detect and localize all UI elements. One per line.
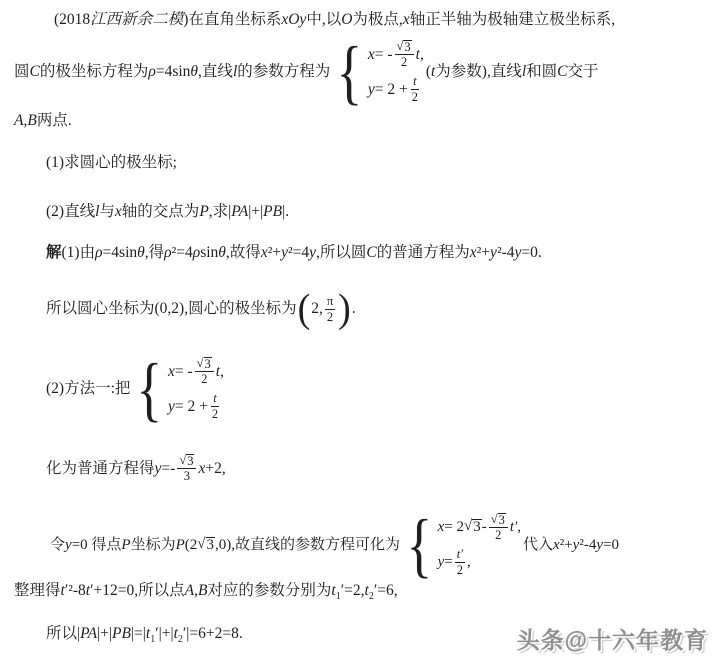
text-run: ²=4: [172, 243, 193, 262]
text-run: =0 得点: [72, 536, 122, 555]
text-run: P: [121, 536, 130, 555]
text-run: ,: [420, 45, 424, 64]
radical-sign: √: [464, 519, 472, 535]
text-run: t′: [510, 518, 517, 537]
radical-body: 3: [204, 357, 212, 371]
fraction-denominator: 2: [455, 563, 465, 577]
fraction: √32: [395, 40, 414, 70]
radical-body: 3: [403, 40, 411, 54]
fraction-numerator: t: [411, 74, 418, 89]
system-equation-line: y = 2 + t2: [168, 391, 224, 421]
text-run: x: [168, 362, 175, 381]
text-run: = -: [375, 45, 393, 64]
text-run: A: [14, 111, 23, 130]
question-2: (2)直线 l 与 x 轴的交点为 P,求|PA|+|PB|.: [46, 202, 289, 221]
text-run: θ: [218, 243, 226, 262]
text-run: ′|+|: [155, 624, 173, 643]
text-run: θ: [137, 243, 145, 262]
radical: √3: [464, 519, 482, 536]
question-1: (1)求圆心的极坐标;: [46, 153, 177, 172]
problem-statement-line-3: A,B 两点.: [14, 111, 72, 130]
text-run: =0: [603, 536, 619, 555]
text-run: (1)由: [62, 243, 96, 262]
text-run: 的参数方程为: [237, 62, 330, 81]
text-run: B: [198, 581, 207, 600]
text-run: ²-4: [579, 536, 596, 555]
fraction-numerator: √3: [489, 513, 508, 528]
text-run: (1)求圆心的极坐标;: [46, 153, 177, 172]
fraction-denominator: 2: [493, 528, 503, 542]
text-run: y: [438, 553, 445, 572]
text-run: 2: [178, 634, 183, 647]
fraction-denominator: 2: [325, 310, 335, 324]
system-equation-line: y = t′2,: [438, 547, 521, 577]
text-run: y: [573, 536, 580, 555]
text-run: y: [490, 243, 497, 262]
radical-sign: √: [397, 40, 404, 53]
text-run: 圆: [14, 62, 30, 81]
radical-sign: √: [197, 537, 205, 553]
radical-body: 3: [498, 513, 506, 527]
radical: √3: [197, 357, 212, 371]
text-run: B: [27, 111, 36, 130]
text-run: y: [368, 80, 375, 99]
radical: √3: [197, 537, 215, 554]
text-run: x: [261, 243, 268, 262]
text-run: 2: [369, 591, 374, 604]
system-equation-line: x = -√32t,: [368, 40, 424, 70]
text-run: (2)直线: [46, 202, 95, 221]
text-run: -: [482, 518, 487, 537]
fraction: √32: [195, 357, 214, 387]
text-run: 轴正半轴为极轴建立极坐标系,: [410, 10, 615, 29]
text-run: y: [281, 243, 288, 262]
text-run: PA: [231, 202, 248, 221]
text-run: C: [557, 62, 567, 81]
text-run: 为极点,: [352, 10, 402, 29]
watermark: 头条@十六年教育: [517, 622, 708, 655]
problem-statement-line-2: 圆 C 的极坐标方程为ρ=4sin θ,直线 l 的参数方程为{x = -√32…: [14, 38, 599, 106]
text-run: ′+12=0,所以点: [90, 581, 185, 600]
text-run: |.: [282, 202, 289, 221]
text-run: 2,: [311, 299, 323, 318]
fraction-denominator: 2: [210, 407, 220, 421]
radical-sign: √: [179, 454, 186, 467]
text-run: PB: [112, 624, 131, 643]
text-run: = 2 +: [375, 80, 408, 99]
text-run: 整理得: [14, 581, 61, 600]
text-run: 化为普通方程得: [46, 459, 155, 478]
text-run: C: [30, 62, 40, 81]
text-run: x: [470, 243, 477, 262]
text-run: y: [596, 536, 603, 555]
text-run: 对应的参数分别为: [207, 581, 331, 600]
text-run: ²+: [560, 536, 573, 555]
solution-step-4: 化为普通方程得 y=-√33x+2,: [46, 448, 226, 490]
fraction: t′2: [455, 547, 465, 577]
text-run: (2: [185, 536, 198, 555]
text-run: =0.: [521, 243, 541, 262]
text-run: x: [403, 10, 410, 29]
math-solution-document: (2018 江西新余二模)在直角坐标系 xOy 中,以 O 为极点,x 轴正半轴…: [0, 0, 716, 662]
text-run: = 2: [444, 518, 464, 537]
solution-step-5: 令 y=0 得点 P 坐标为 P(2√3,0),故直线的参数方程可化为{x = …: [50, 508, 619, 582]
fraction-numerator: √3: [177, 454, 196, 469]
text-run: 的普通方程为: [377, 243, 470, 262]
text-run: 两点.: [37, 111, 72, 130]
radical: √3: [179, 454, 194, 468]
text-run: (2)方法一:把: [46, 379, 130, 398]
text-run: ρ: [164, 243, 171, 262]
text-run: y: [515, 243, 522, 262]
text-run: |+|: [97, 624, 112, 643]
fraction-numerator: π: [325, 294, 335, 309]
text-run: = -: [175, 362, 193, 381]
text-run: 代入: [523, 536, 553, 555]
text-run: ²+: [268, 243, 281, 262]
system-equations: x = -√32t,y = 2 + t2: [368, 40, 424, 104]
system-equations: x = -√32t,y = 2 + t2: [168, 357, 224, 421]
equation-system: {x = 2√3-√32t′,y = t′2,: [402, 513, 521, 577]
text-run: )在直角坐标系: [183, 10, 281, 29]
solution-step-2: 所以圆心坐标为(0,2),圆心的极坐标为(2,π2).: [46, 288, 356, 330]
fraction-numerator: √3: [395, 40, 414, 55]
text-run: C: [366, 243, 376, 262]
fraction-numerator: √3: [195, 357, 214, 372]
text-run: ′|=6+2=8.: [183, 624, 243, 643]
fraction: t2: [210, 391, 220, 421]
text-run: (2018: [54, 10, 90, 29]
text-run: ,得: [145, 243, 164, 262]
text-run: ρ: [95, 243, 102, 262]
text-run: ²+: [477, 243, 490, 262]
text-run: +2,: [205, 459, 225, 478]
text-run: ′=6,: [374, 581, 398, 600]
system-equations: x = 2√3-√32t′,y = t′2,: [438, 513, 521, 577]
text-run: y: [155, 459, 162, 478]
text-run: 轴的交点为: [122, 202, 200, 221]
text-run: ,: [517, 518, 521, 537]
fraction: π2: [325, 294, 335, 324]
solution-step-3: (2)方法一:把{x = -√32t,y = 2 + t2: [46, 352, 226, 426]
fraction: t2: [410, 74, 420, 104]
text-run: sin: [200, 243, 218, 262]
text-run: O: [341, 10, 352, 29]
text-run: 1: [150, 634, 155, 647]
text-run: PB: [263, 202, 282, 221]
text-run: .: [352, 299, 356, 318]
text-run: 解: [46, 243, 62, 262]
text-run: ′=2,: [341, 581, 365, 600]
fraction-denominator: 2: [199, 372, 209, 386]
fraction: √32: [489, 513, 508, 543]
text-run: = 2 +: [175, 397, 208, 416]
text-run: P: [199, 202, 208, 221]
radical-body: 3: [186, 454, 194, 468]
radical: √3: [491, 513, 506, 527]
text-run: y: [65, 536, 72, 555]
text-run: ,: [220, 362, 224, 381]
text-run: x: [198, 459, 205, 478]
text-run: θ: [190, 62, 198, 81]
text-run: 与: [99, 202, 115, 221]
text-run: A: [185, 581, 194, 600]
text-run: =4sin: [156, 62, 191, 81]
text-run: 坐标为: [131, 536, 176, 555]
text-run: ρ: [148, 62, 155, 81]
text-run: ,故得: [226, 243, 261, 262]
system-equation-line: x = -√32t,: [168, 357, 224, 387]
text-run: ,: [467, 553, 471, 572]
text-run: =4sin: [103, 243, 138, 262]
text-run: |+|: [248, 202, 263, 221]
text-run: ,所以圆: [316, 243, 366, 262]
text-run: ,求|: [209, 202, 231, 221]
text-run: 交于: [568, 62, 599, 81]
system-equation-line: y = 2 + t2: [368, 74, 424, 104]
text-run: P: [176, 536, 185, 555]
system-equation-line: x = 2√3-√32t′,: [438, 513, 521, 543]
radical-body: 3: [472, 519, 482, 536]
text-run: 中,以: [306, 10, 341, 29]
text-run: 令: [50, 536, 65, 555]
fraction-numerator: t: [211, 391, 218, 406]
solution-answer: 所以|PA|+|PB|=|t1′|+|t2′|=6+2=8.: [46, 624, 243, 643]
text-run: =-: [161, 459, 175, 478]
text-run: 所以|: [46, 624, 80, 643]
text-run: 1: [336, 591, 341, 604]
text-run: 所以圆心坐标为(0,2),圆心的极坐标为: [46, 299, 297, 318]
fraction-denominator: 3: [182, 469, 192, 483]
fraction-denominator: 2: [399, 55, 409, 69]
text-run: 和圆: [526, 62, 557, 81]
text-run: ,0),故直线的参数方程可化为: [215, 536, 400, 555]
fraction-numerator: t′: [455, 547, 465, 562]
text-run: x: [115, 202, 122, 221]
text-run: ,直线: [198, 62, 233, 81]
equation-system: {x = -√32t,y = 2 + t2: [132, 357, 224, 421]
text-run: x: [368, 45, 375, 64]
solution-step-6: 整理得 t′²-8t′+12=0,所以点 A,B 对应的参数分别为 t1′=2,…: [14, 581, 398, 600]
radical-body: 3: [206, 537, 216, 554]
text-run: 为参数),直线: [435, 62, 522, 81]
text-run: y: [309, 243, 316, 262]
solution-step-1: 解 (1)由ρ=4sin θ,得ρ²=4ρsin θ,故得 x²+y²=4y,所…: [46, 243, 542, 262]
text-run: ρ: [193, 243, 200, 262]
text-run: =: [444, 553, 452, 572]
radical-sign: √: [197, 357, 204, 370]
radical: √3: [397, 40, 412, 54]
fraction-denominator: 2: [410, 90, 420, 104]
text-run: PA: [80, 624, 97, 643]
text-run: y: [168, 397, 175, 416]
problem-statement-line-1: (2018 江西新余二模)在直角坐标系 xOy 中,以 O 为极点,x 轴正半轴…: [54, 10, 615, 29]
radical-sign: √: [491, 513, 498, 526]
text-run: 江西新余二模: [90, 10, 183, 29]
text-run: xOy: [281, 10, 306, 29]
text-run: ²=4: [288, 243, 309, 262]
text-run: ²-4: [497, 243, 515, 262]
text-run: x: [438, 518, 445, 537]
text-run: 的极坐标方程为: [40, 62, 149, 81]
text-run: x: [553, 536, 560, 555]
equation-system: {x = -√32t,y = 2 + t2: [332, 40, 424, 104]
text-run: ′²-8: [65, 581, 86, 600]
text-run: |=|: [131, 624, 146, 643]
fraction: √33: [177, 454, 196, 484]
